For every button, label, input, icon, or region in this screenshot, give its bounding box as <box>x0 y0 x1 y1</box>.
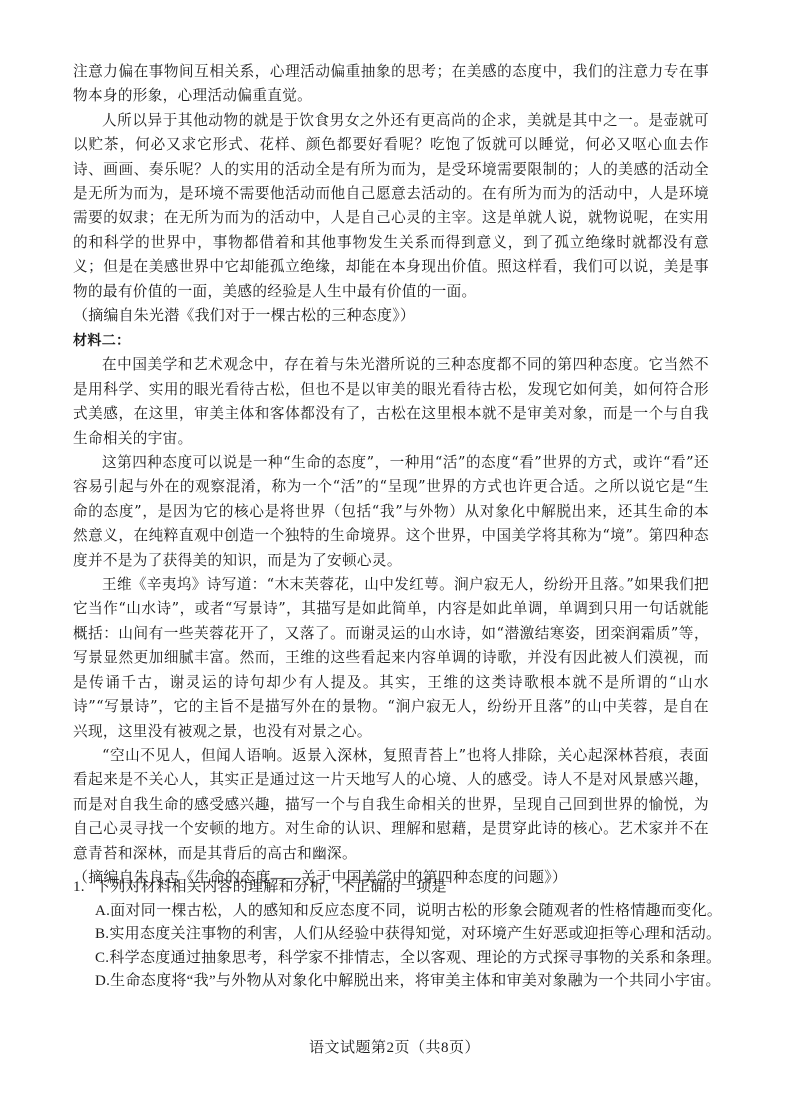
source-citation: （摘编自朱光潜《我们对于一棵古松的三种态度》） <box>73 304 709 328</box>
material-two-section: 材料二： 在中国美学和艺术观念中，存在着与朱光潜所说的三种态度都不同的第四种态度… <box>73 329 709 890</box>
option-d[interactable]: D.生命态度将“我”与外物从对象化中解脱出来，将审美主体和审美对象融为一个共同小… <box>73 970 723 994</box>
material-one-section: 注意力偏在事物间互相关系，心理活动偏重抽象的思考；在美感的态度中，我们的注意力专… <box>73 60 709 328</box>
section-heading: 材料二： <box>73 329 709 353</box>
question-stem: 1.下列对材料相关内容的理解和分析，不正确的一项是 <box>73 876 723 900</box>
option-a[interactable]: A.面对同一棵古松，人的感知和反应态度不同，说明古松的形象会随观者的性格情趣而变… <box>73 900 723 924</box>
paragraph: 人所以异于其他动物的就是于饮食男女之外还有更高尚的企求，美就是其中之一。是壶就可… <box>73 109 709 304</box>
paragraph: “空山不见人，但闻人语响。返景入深林，复照青苔上”也将人排除，关心起深林苔痕，表… <box>73 744 709 866</box>
option-c[interactable]: C.科学态度通过抽象思考，科学家不排情志，全以客观、理论的方式探寻事物的关系和条… <box>73 947 723 971</box>
page-footer: 语文试题第2页（共8页） <box>0 1036 789 1057</box>
paragraph: 王维《辛夷坞》诗写道：“木末芙蓉花，山中发红萼。涧户寂无人，纷纷开且落。”如果我… <box>73 573 709 744</box>
option-b[interactable]: B.实用态度关注事物的利害，人们从经验中获得知觉，对环境产生好恶或迎拒等心理和活… <box>73 923 723 947</box>
question-number: 1. <box>73 876 95 900</box>
question-text: 下列对材料相关内容的理解和分析，不正确的一项是 <box>95 879 447 895</box>
paragraph: 在中国美学和艺术观念中，存在着与朱光潜所说的三种态度都不同的第四种态度。它当然不… <box>73 353 709 451</box>
exam-page: 注意力偏在事物间互相关系，心理活动偏重抽象的思考；在美感的态度中，我们的注意力专… <box>0 0 789 1099</box>
paragraph: 注意力偏在事物间互相关系，心理活动偏重抽象的思考；在美感的态度中，我们的注意力专… <box>73 60 709 109</box>
paragraph: 这第四种态度可以说是一种“生命的态度”，一种用“活”的态度“看”世界的方式，或许… <box>73 451 709 573</box>
question-1: 1.下列对材料相关内容的理解和分析，不正确的一项是 A.面对同一棵古松，人的感知… <box>73 876 723 994</box>
